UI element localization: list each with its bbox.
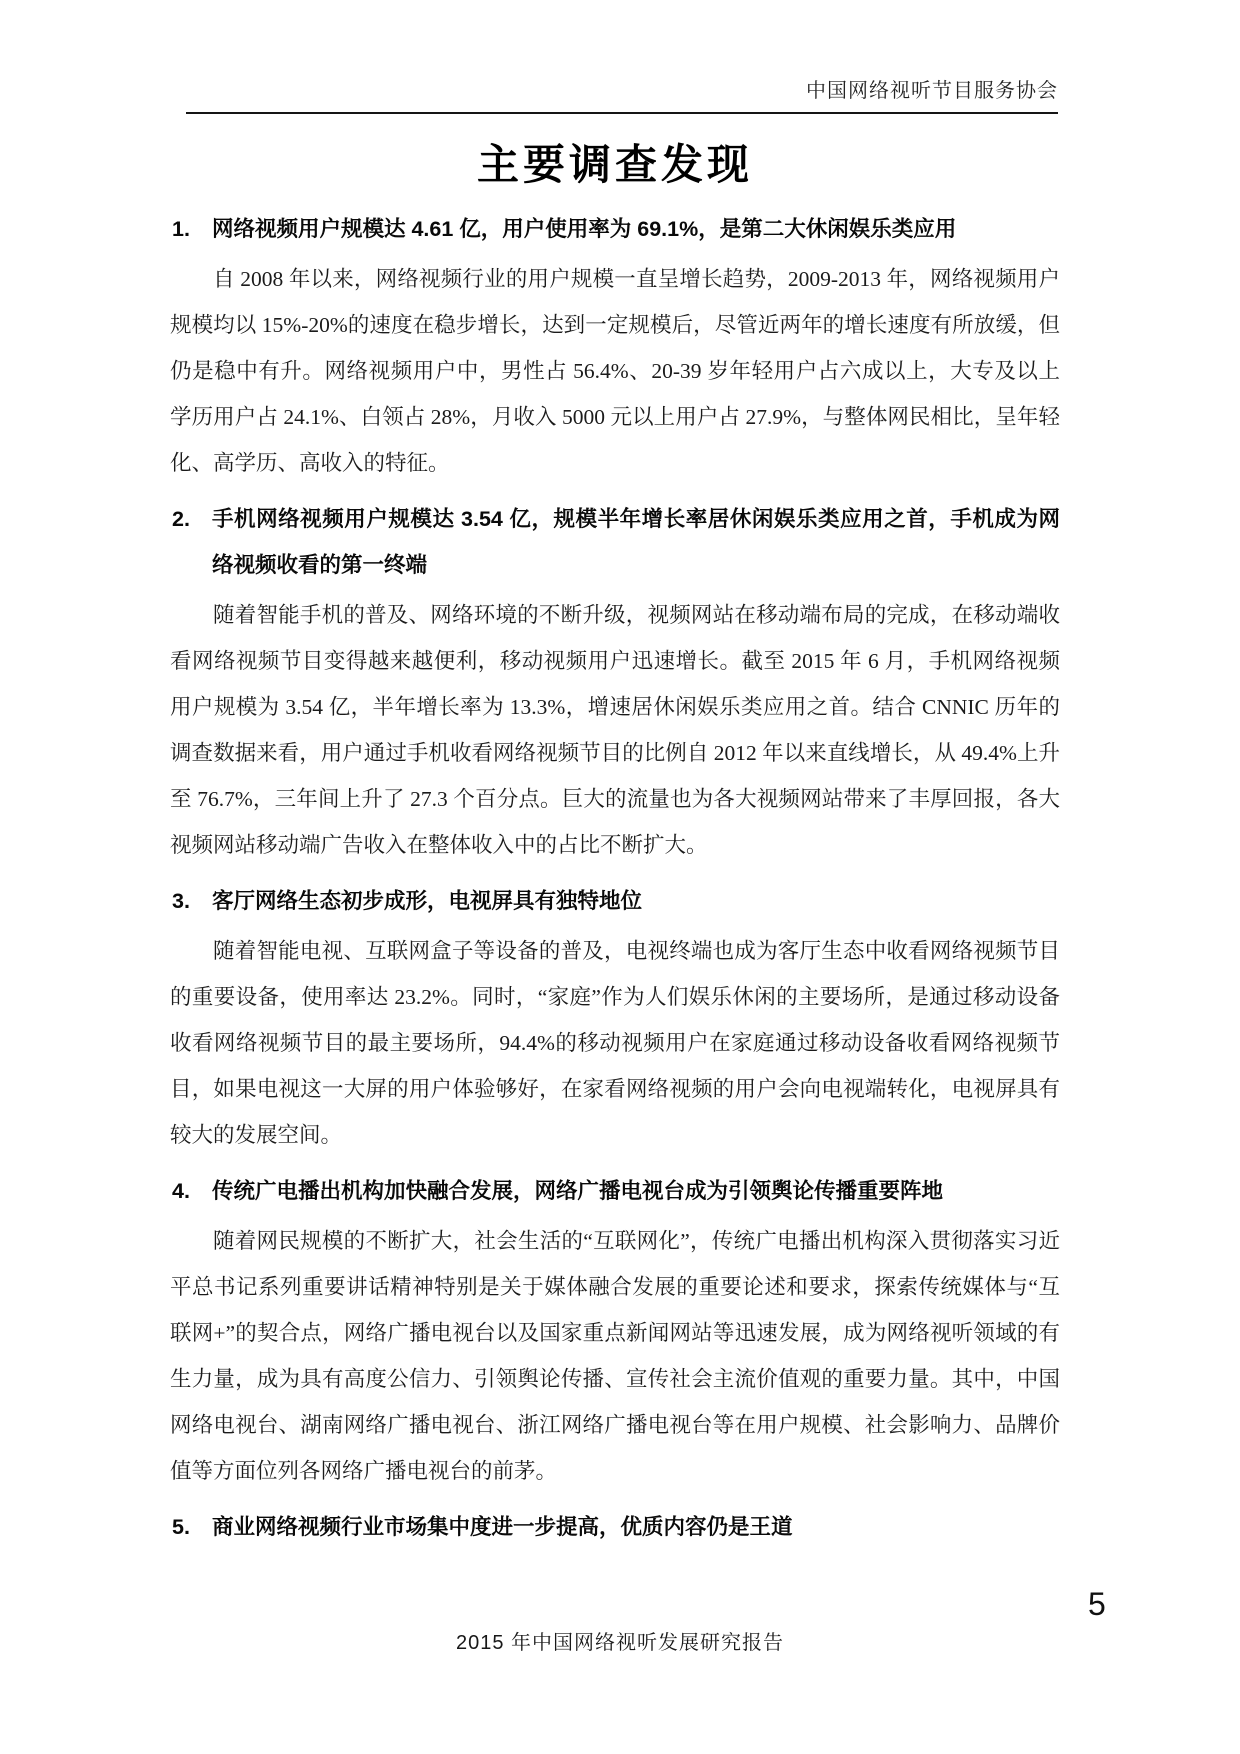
section-1-heading-text: 网络视频用户规模达 4.61 亿，用户使用率为 69.1%，是第二大休闲娱乐类应… [212,217,956,241]
document-content: 主要调查发现 1. 网络视频用户规模达 4.61 亿，用户使用率为 69.1%，… [170,136,1060,1554]
section-5-heading-text: 商业网络视频行业市场集中度进一步提高，优质内容仍是王道 [212,1515,793,1539]
section-3-heading: 3. 客厅网络生态初步成形，电视屏具有独特地位 [170,878,1060,924]
section-4-body: 随着网民规模的不断扩大，社会生活的“互联网化”，传统广电播出机构深入贯彻落实习近… [170,1218,1060,1494]
section-2-number: 2. [172,496,190,542]
section-2-heading: 2. 手机网络视频用户规模达 3.54 亿，规模半年增长率居休闲娱乐类应用之首，… [170,496,1060,588]
section-4: 4. 传统广电播出机构加快融合发展，网络广播电视台成为引领舆论传播重要阵地 随着… [170,1168,1060,1494]
section-1: 1. 网络视频用户规模达 4.61 亿，用户使用率为 69.1%，是第二大休闲娱… [170,206,1060,486]
section-5-number: 5. [172,1504,190,1550]
header-rule [186,112,1058,114]
section-3-body: 随着智能电视、互联网盒子等设备的普及，电视终端也成为客厅生态中收看网络视频节目的… [170,928,1060,1158]
section-1-heading: 1. 网络视频用户规模达 4.61 亿，用户使用率为 69.1%，是第二大休闲娱… [170,206,1060,252]
section-5: 5. 商业网络视频行业市场集中度进一步提高，优质内容仍是王道 [170,1504,1060,1550]
section-4-heading: 4. 传统广电播出机构加快融合发展，网络广播电视台成为引领舆论传播重要阵地 [170,1168,1060,1214]
section-2-body: 随着智能手机的普及、网络环境的不断升级，视频网站在移动端布局的完成，在移动端收看… [170,592,1060,868]
section-4-heading-text: 传统广电播出机构加快融合发展，网络广播电视台成为引领舆论传播重要阵地 [212,1179,943,1203]
footer-report-title: 2015 年中国网络视听发展研究报告 [0,1626,1240,1655]
header-org-name: 中国网络视听节目服务协会 [170,74,1058,103]
section-2-heading-text: 手机网络视频用户规模达 3.54 亿，规模半年增长率居休闲娱乐类应用之首，手机成… [212,507,1060,577]
section-5-heading: 5. 商业网络视频行业市场集中度进一步提高，优质内容仍是王道 [170,1504,1060,1550]
section-1-body: 自 2008 年以来，网络视频行业的用户规模一直呈增长趋势，2009-2013 … [170,256,1060,486]
page-title: 主要调查发现 [170,136,1060,194]
section-3-number: 3. [172,878,190,924]
document-page: 中国网络视听节目服务协会 主要调查发现 1. 网络视频用户规模达 4.61 亿，… [0,0,1240,1754]
section-1-number: 1. [172,206,190,252]
section-3-heading-text: 客厅网络生态初步成形，电视屏具有独特地位 [212,889,642,913]
page-number: 5 [1088,1586,1106,1622]
section-3: 3. 客厅网络生态初步成形，电视屏具有独特地位 随着智能电视、互联网盒子等设备的… [170,878,1060,1158]
section-4-number: 4. [172,1168,190,1214]
section-2: 2. 手机网络视频用户规模达 3.54 亿，规模半年增长率居休闲娱乐类应用之首，… [170,496,1060,868]
